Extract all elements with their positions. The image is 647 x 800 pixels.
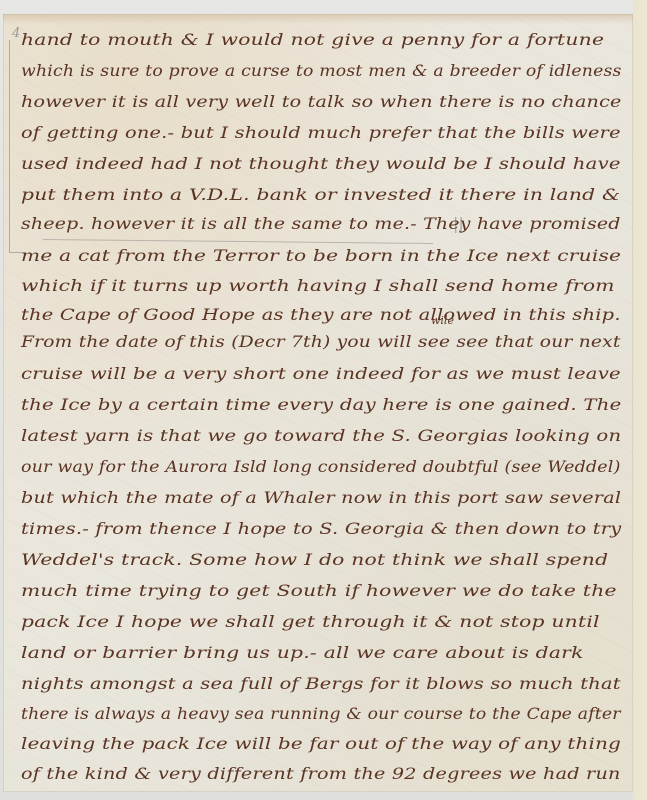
manuscript-line-24: leaving the pack Ice will be far out of … [21,734,621,753]
manuscript-line-21: land or barrier bring us up.- all we car… [21,643,584,662]
interlinear-insertion: wile [431,314,454,327]
manuscript-line-16: but which the mate of a Whaler now in th… [21,488,621,507]
manuscript-line-19: much time trying to get South if however… [21,581,617,600]
manuscript-line-12: cruise will be a very short one indeed f… [21,364,621,383]
manuscript-line-8: me a cat from the Terror to be born in t… [21,246,621,265]
manuscript-line-11: From the date of this (Decr 7th) you wil… [21,332,621,351]
scan-edge-strip [633,0,647,800]
manuscript-line-2: which is sure to prove a curse to most m… [21,61,622,80]
manuscript-line-13: the Ice by a certain time every day here… [21,395,621,414]
manuscript-line-1: hand to mouth & I would not give a penny… [21,30,604,49]
manuscript-line-23: there is always a heavy sea running & ou… [21,704,621,723]
page-number-mark: 4 [12,26,20,41]
manuscript-line-25: of the kind & very different from the 92… [21,764,621,783]
manuscript-line-6: put them into a V.D.L. bank or invested … [21,185,620,204]
manuscript-line-5: used indeed had I not thought they would… [21,154,621,173]
pencil-margin-bracket [9,40,10,252]
manuscript-page: 4 || hand to mouth & I would not give a … [3,14,633,792]
manuscript-line-18: Weddel's track. Some how I do not think … [21,550,608,569]
manuscript-line-7: sheep. however it is all the same to me.… [21,214,621,233]
manuscript-line-15: our way for the Aurora Isld long conside… [21,457,621,476]
manuscript-line-22: nights amongst a sea full of Bergs for i… [21,674,621,693]
manuscript-line-4: of getting one.- but I should much prefe… [21,123,621,142]
manuscript-line-20: pack Ice I hope we shall get through it … [21,612,600,631]
manuscript-line-17: times.- from thence I hope to S. Georgia… [21,519,621,538]
manuscript-line-14: latest yarn is that we go toward the S. … [21,426,621,445]
manuscript-line-3: however it is all very well to talk so w… [21,92,622,111]
manuscript-line-10: the Cape of Good Hope as they are not al… [21,305,621,324]
manuscript-line-9: which if it turns up worth having I shal… [21,276,615,295]
